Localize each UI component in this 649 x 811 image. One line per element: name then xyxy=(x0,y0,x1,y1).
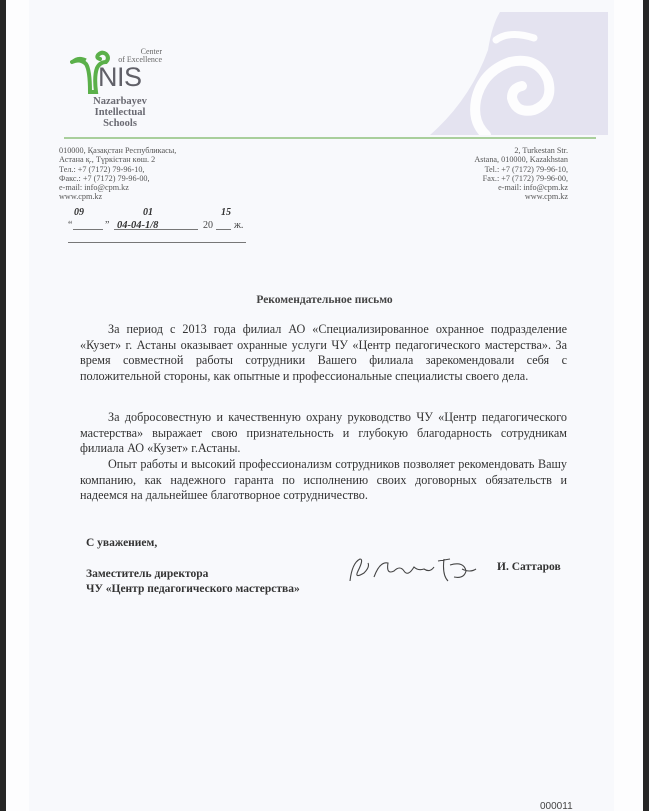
right-dark-border xyxy=(643,0,649,811)
paragraph-2: За добросовестную и качественную охрану … xyxy=(80,410,567,457)
paragraph-1: За период с 2013 года филиал АО «Специал… xyxy=(80,322,567,384)
addressee-line xyxy=(68,242,246,243)
handwritten-signature-icon xyxy=(346,553,486,587)
signer-position: Заместитель директора xyxy=(86,568,208,580)
signer-organization: ЧУ «Центр педагогического мастерства» xyxy=(86,583,300,595)
closing: С уважением, xyxy=(86,537,157,549)
left-dark-border xyxy=(0,0,6,811)
header-divider xyxy=(64,137,596,139)
ref-year: 15 xyxy=(221,207,231,218)
paragraph-3: Опыт работы и высокий профессионализм со… xyxy=(80,457,567,504)
ref-year-prefix: 20 xyxy=(203,220,213,231)
ref-date-line: “ xyxy=(68,220,72,231)
letter-title: Рекомендательное письмо xyxy=(0,294,649,306)
wave-ornament-icon xyxy=(430,10,610,135)
logo-acronym: NIS xyxy=(98,62,142,92)
nis-logo: Center of Excellence NIS Nazarbayev Inte… xyxy=(70,48,160,128)
logo-school-name: Nazarbayev Intellectual Schools xyxy=(88,96,152,129)
signer-name: И. Саттаров xyxy=(497,561,561,573)
ref-day: 09 xyxy=(74,207,84,218)
address-kazakh: 010000, Қазақстан Республикасы, Астана қ… xyxy=(59,146,176,202)
ref-year-unit: ж. xyxy=(234,220,243,231)
ref-month: 01 xyxy=(143,207,153,218)
year-underline xyxy=(216,229,231,230)
number-underline xyxy=(114,229,198,230)
day-underline xyxy=(73,229,103,230)
serial-number: 000011 xyxy=(540,801,573,811)
address-english: 2, Turkestan Str. Astana, 010000, Kazakh… xyxy=(440,146,568,202)
